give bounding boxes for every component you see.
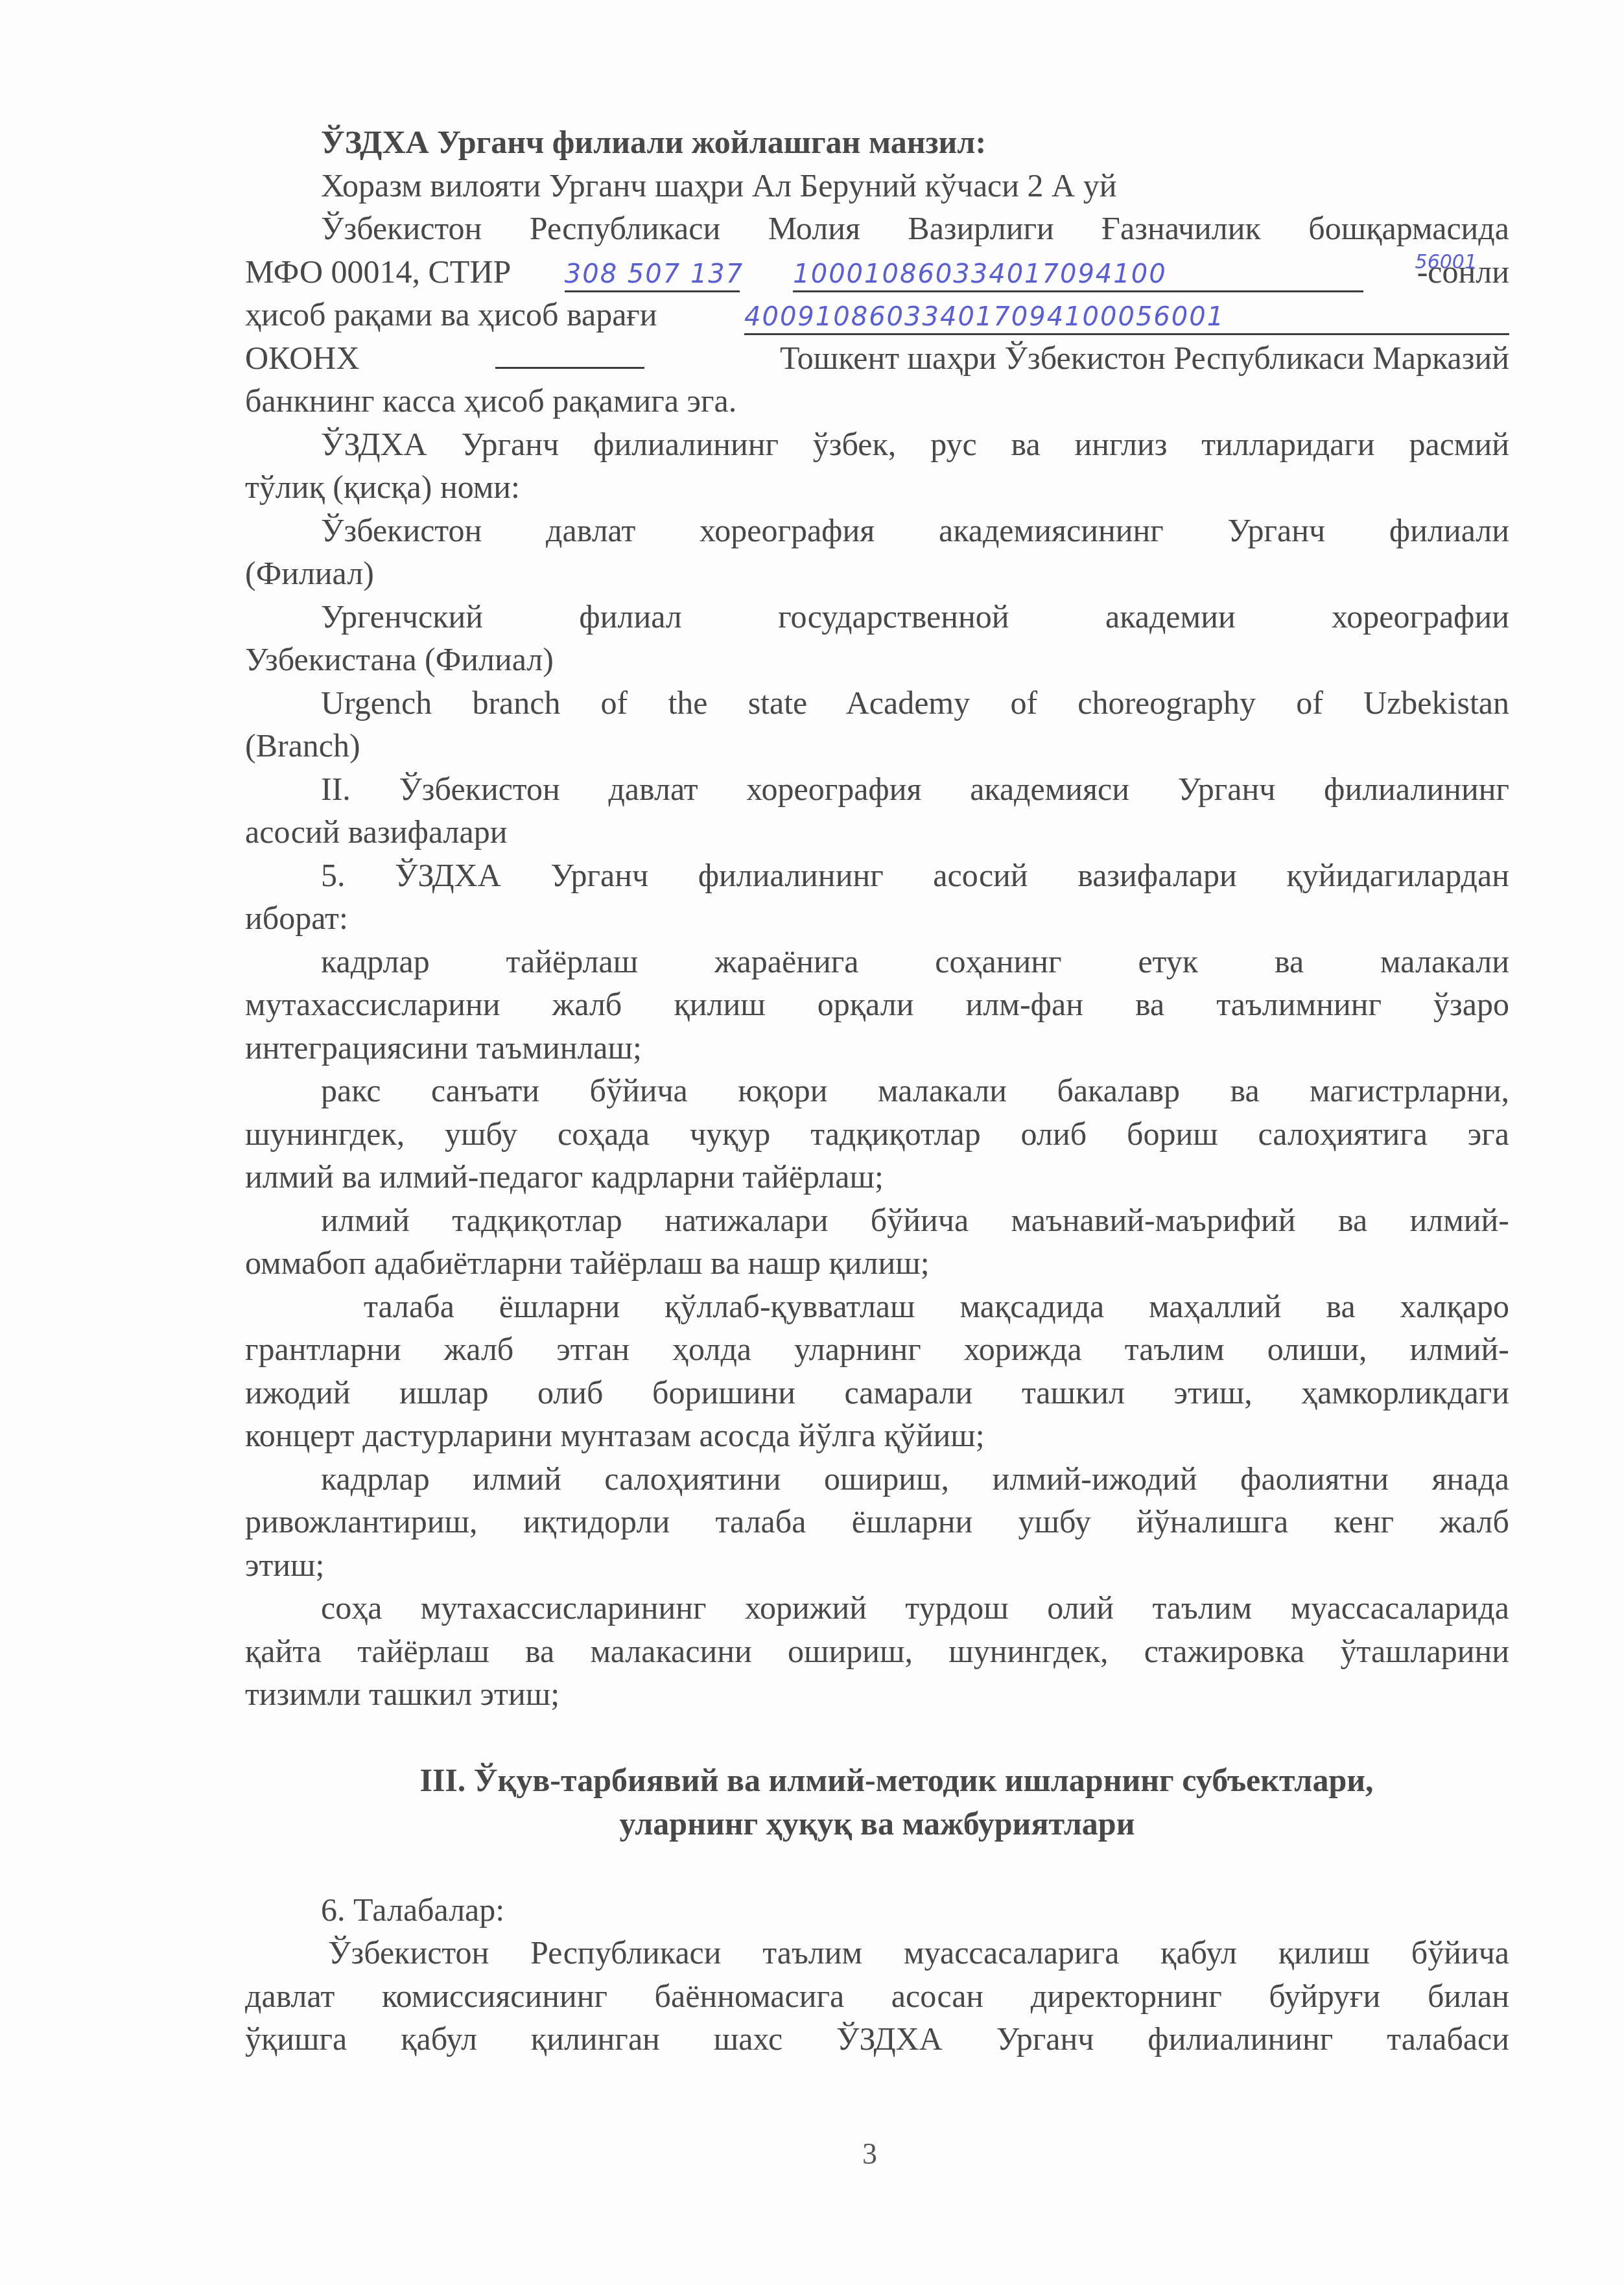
section2-title-2: асосий вазифалари	[245, 810, 1509, 854]
section2-title-1: II. Ўзбекистон давлат хореография академ…	[245, 768, 1509, 811]
stir-handwritten-value: 308 507 137	[565, 258, 740, 292]
document-page: ЎЗДХА Урганч филиали жойлашган манзил: Х…	[245, 121, 1509, 2061]
account-sheet-label: ҳисоб рақами ва ҳисоб варағи	[245, 293, 657, 336]
task4-line-1: талаба ёшларни қўллаб-қувватлаш мақсадид…	[245, 1285, 1509, 1328]
name-en-2: (Branch)	[245, 724, 1509, 768]
task1-line-3: интеграциясини таъминлаш;	[245, 1026, 1509, 1070]
names-intro-2: тўлиқ (қисқа) номи:	[245, 465, 1509, 509]
item5-text-1: 5. ЎЗДХА Урганч филиалининг асосий вазиф…	[245, 854, 1509, 897]
task5-line-3: этиш;	[245, 1543, 1509, 1587]
bank-line-2: МФО 00014, СТИР 308 507 137 100010860334…	[245, 250, 1509, 294]
task6-line-3: тизимли ташкил этиш;	[245, 1672, 1509, 1716]
section3-title-2: уларнинг ҳуқуқ ва мажбуриятлари	[245, 1802, 1509, 1846]
bank-line-3: ҳисоб рақами ва ҳисоб варағи 40091086033…	[245, 293, 1509, 336]
task5-line-2: ривожлантириш, иқтидорли талаба ёшларни …	[245, 1500, 1509, 1543]
account-handwritten-value: 100010860334017094100	[793, 258, 1363, 292]
spacer	[245, 1845, 1509, 1888]
task5-line-1: кадрлар илмий салоҳиятини ошириш, илмий-…	[245, 1457, 1509, 1501]
task2-line-1: ракс санъати бўйича юқори малакали бакал…	[245, 1069, 1509, 1112]
task4-line-3: ижодий ишлар олиб боришини самарали ташк…	[245, 1371, 1509, 1414]
task6-line-2: қайта тайёрлаш ва малакасини ошириш, шун…	[245, 1630, 1509, 1673]
address-line: Хоразм вилояти Урганч шаҳри Ал Беруний к…	[245, 164, 1509, 207]
name-en-1: Urgench branch of the state Academy of c…	[245, 681, 1509, 725]
task2-line-2: шунингдек, ушбу соҳада чуқур тадқиқотлар…	[245, 1112, 1509, 1156]
bank-line-5: банкнинг касса ҳисоб рақамига эга.	[245, 379, 1509, 423]
item5-text-2: иборат:	[245, 896, 1509, 940]
task4-line-2: грантларни жалб этган ҳолда уларнинг хор…	[245, 1328, 1509, 1371]
address-heading: ЎЗДХА Урганч филиали жойлашган манзил:	[245, 121, 1509, 164]
task2-line-3: илмий ва илмий-педагог кадрларни тайёрла…	[245, 1155, 1509, 1199]
mfo-stir-label: МФО 00014, СТИР	[245, 250, 511, 294]
task3-line-2: оммабоп адабиётларни тайёрлаш ва нашр қи…	[245, 1241, 1509, 1285]
item6-text-2: давлат комиссиясининг баённомасига асоса…	[245, 1974, 1509, 2018]
page-number: 3	[862, 2137, 877, 2171]
central-bank-text: Тошкент шаҳри Ўзбекистон Республикаси Ма…	[780, 336, 1509, 380]
task1-line-2: мутахассисларини жалб қилиш орқали илм-ф…	[245, 983, 1509, 1026]
section3-title-1: III. Ўқув-тарбиявий ва илмий-методик ишл…	[245, 1759, 1509, 1802]
okonh-label: ОКОНХ	[245, 336, 360, 380]
name-uz-1: Ўзбекистон давлат хореография академияси…	[245, 509, 1509, 552]
item6-label: 6. Талабалар:	[245, 1888, 1509, 1932]
task6-line-1: соҳа мутахассисларининг хорижий турдош о…	[245, 1586, 1509, 1630]
name-uz-2: (Филиал)	[245, 552, 1509, 595]
account-sheet-handwritten-value: 400910860334017094100056001	[744, 301, 1509, 335]
spacer	[245, 1716, 1509, 1759]
item6-text-1: Ўзбекистон Республикаси таълим муассасал…	[245, 1931, 1509, 1974]
bank-line-1: Ўзбекистон Республикаси Молия Вазирлиги …	[245, 207, 1509, 250]
task1-line-1: кадрлар тайёрлаш жараёнига соҳанинг етук…	[245, 940, 1509, 983]
name-ru-1: Ургенчский филиал государственной академ…	[245, 595, 1509, 639]
task3-line-1: илмий тадқиқотлар натижалари бўйича маън…	[245, 1199, 1509, 1242]
name-ru-2: Узбекистана (Филиал)	[245, 638, 1509, 681]
item6-text-3: ўқишга қабул қилинган шахс ЎЗДХА Урганч …	[245, 2017, 1509, 2061]
okonh-blank-field	[495, 341, 644, 369]
task4-line-4: концерт дастурларини мунтазам асосда йўл…	[245, 1414, 1509, 1457]
names-intro-1: ЎЗДХА Урганч филиалининг ўзбек, рус ва и…	[245, 423, 1509, 466]
account-handwritten-superscript: 56001	[1415, 241, 1477, 285]
bank-line-4: ОКОНХ Тошкент шаҳри Ўзбекистон Республик…	[245, 336, 1509, 380]
